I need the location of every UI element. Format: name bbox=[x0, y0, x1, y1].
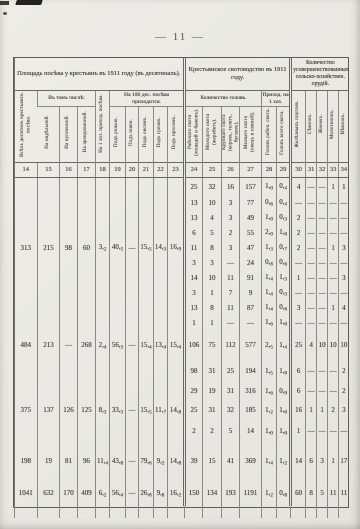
table-row: 10416321704096,256,4—26,89,816,215013419… bbox=[15, 480, 349, 506]
table-cell bbox=[139, 360, 154, 382]
table-cell: 3 bbox=[339, 400, 349, 420]
table-cell: 41 bbox=[222, 442, 240, 480]
table-cell: — bbox=[126, 480, 139, 506]
table-cell bbox=[60, 177, 78, 195]
table-cell bbox=[168, 315, 185, 330]
col-header-working-heads-per-hh: Головъ рабоч. скота. bbox=[262, 107, 277, 163]
table-cell bbox=[154, 210, 168, 225]
table-cell bbox=[139, 285, 154, 300]
col-header-seeders: Сѣялокъ. bbox=[306, 90, 317, 162]
table-cell bbox=[15, 285, 38, 300]
table-cell: 134 bbox=[203, 480, 222, 506]
table-cell: 213 bbox=[38, 330, 60, 360]
table-cell bbox=[168, 225, 185, 240]
table-cell bbox=[60, 315, 78, 330]
table-cell: 313 bbox=[15, 240, 38, 255]
table-cell: 2 bbox=[291, 240, 306, 255]
table-cell: 0,4 bbox=[277, 195, 291, 210]
table-cell: — bbox=[306, 210, 317, 225]
table-cell: 49 bbox=[240, 210, 262, 225]
table-cell bbox=[96, 255, 110, 270]
table-cell bbox=[60, 285, 78, 300]
table-cell bbox=[38, 210, 60, 225]
table-cell bbox=[78, 506, 96, 518]
table-cell: 24 bbox=[240, 255, 262, 270]
table-cell bbox=[78, 270, 96, 285]
table-cell: 1,0 bbox=[262, 210, 277, 225]
table-cell: — bbox=[328, 420, 339, 442]
table-cell: 4 bbox=[291, 177, 306, 195]
table-cell bbox=[60, 420, 78, 442]
table-cell: 3 bbox=[222, 210, 240, 225]
table-cell bbox=[110, 177, 126, 195]
table-cell: 409 bbox=[78, 480, 96, 506]
subheader-per-1-household: Приход. на 1 хоз. bbox=[262, 90, 291, 106]
table-cell bbox=[96, 285, 110, 300]
table-cell: 7 bbox=[222, 285, 240, 300]
table-cell: 1,3 bbox=[262, 240, 277, 255]
table-cell bbox=[15, 255, 38, 270]
table-cell: — bbox=[317, 420, 328, 442]
table-cell: 3 bbox=[291, 300, 306, 315]
table-cell bbox=[168, 360, 185, 382]
table-row: 31791,40,3————— bbox=[15, 285, 349, 300]
table-cell: 185 bbox=[240, 400, 262, 420]
table-cell bbox=[110, 285, 126, 300]
column-number: 34 bbox=[339, 162, 349, 177]
column-number: 15 bbox=[38, 162, 60, 177]
table-cell: 25 bbox=[185, 400, 203, 420]
table-cell bbox=[96, 420, 110, 442]
table-cell bbox=[126, 255, 139, 270]
table-cell: 9,2 bbox=[154, 442, 168, 480]
table-cell: 11 bbox=[328, 480, 339, 506]
table-cell: 3 bbox=[203, 255, 222, 270]
table-cell bbox=[96, 315, 110, 330]
col-header-label: Молодого скота (жеребятъ). bbox=[206, 108, 219, 156]
table-cell bbox=[110, 195, 126, 210]
table-cell bbox=[139, 210, 154, 225]
table-cell bbox=[126, 225, 139, 240]
table-cell: 81 bbox=[60, 442, 78, 480]
table-cell bbox=[306, 506, 317, 518]
table-row: 19819819611,443,8—79,69,214,83915413691,… bbox=[15, 442, 349, 480]
table-cell: 1,4 bbox=[277, 330, 291, 360]
table-cell: 0,6 bbox=[277, 255, 291, 270]
table-row: 2532161571,00,44——11 bbox=[15, 177, 349, 195]
table-cell bbox=[168, 420, 185, 442]
table-row: 31321598603,240,5—15,514,316,91183471,30… bbox=[15, 240, 349, 255]
table-cell: 15,4 bbox=[139, 330, 154, 360]
table-cell: — bbox=[222, 255, 240, 270]
table-cell: 268 bbox=[78, 330, 96, 360]
table-cell bbox=[110, 506, 126, 518]
column-number: 29 bbox=[277, 162, 291, 177]
table-cell: — bbox=[306, 420, 317, 442]
table-cell bbox=[168, 195, 185, 210]
table-cell bbox=[78, 210, 96, 225]
table-cell: 56,3 bbox=[110, 330, 126, 360]
table-cell bbox=[60, 195, 78, 210]
table-cell: — bbox=[339, 255, 349, 270]
table-cell bbox=[110, 225, 126, 240]
table-cell: — bbox=[126, 240, 139, 255]
table-row: 652552,01,02———— bbox=[15, 225, 349, 240]
table-cell: 6 bbox=[185, 225, 203, 240]
table-cell: 0,8 bbox=[277, 480, 291, 506]
table-cell: — bbox=[328, 382, 339, 400]
table-cell bbox=[96, 270, 110, 285]
table-cell: — bbox=[328, 270, 339, 285]
table-cell: 16 bbox=[291, 400, 306, 420]
table-cell: — bbox=[328, 255, 339, 270]
table-cell bbox=[96, 360, 110, 382]
col-header-label: Подъ пшен. bbox=[129, 119, 135, 146]
table-cell bbox=[154, 225, 168, 240]
table-cell: 9,8 bbox=[154, 480, 168, 506]
table-cell bbox=[78, 177, 96, 195]
table-cell bbox=[126, 382, 139, 400]
table-cell: — bbox=[339, 315, 349, 330]
table-cell bbox=[339, 506, 349, 518]
table-cell bbox=[15, 360, 38, 382]
table-cell bbox=[126, 300, 139, 315]
table-cell: 43,8 bbox=[110, 442, 126, 480]
table-cell: — bbox=[291, 315, 306, 330]
table-cell: 25 bbox=[185, 177, 203, 195]
col-header-oats: Подъ овсомъ. bbox=[139, 107, 154, 163]
table-cell: 1,2 bbox=[262, 400, 277, 420]
table-cell: — bbox=[328, 225, 339, 240]
table-cell: 1 bbox=[328, 177, 339, 195]
col-header-label: Подъ овсомъ. bbox=[143, 116, 149, 147]
table-cell bbox=[110, 360, 126, 382]
table-cell: — bbox=[317, 300, 328, 315]
table-cell bbox=[38, 177, 60, 195]
column-number: 27 bbox=[240, 162, 262, 177]
table-cell bbox=[126, 177, 139, 195]
table-cell bbox=[78, 420, 96, 442]
table-cell bbox=[60, 360, 78, 382]
table-cell: 150 bbox=[185, 480, 203, 506]
table-cell bbox=[60, 270, 78, 285]
table-cell: — bbox=[328, 210, 339, 225]
table-row: 141011911,41,31———3 bbox=[15, 270, 349, 285]
table-cell: — bbox=[240, 315, 262, 330]
table-cell: 157 bbox=[240, 177, 262, 195]
table-cell bbox=[154, 420, 168, 442]
col-header-wheat: Подъ пшен. bbox=[126, 107, 139, 163]
table-cell bbox=[15, 270, 38, 285]
table-cell bbox=[291, 506, 306, 518]
table-cell: 96 bbox=[78, 442, 96, 480]
table-cell: 1,4 bbox=[262, 442, 277, 480]
table-cell: — bbox=[306, 300, 317, 315]
table-cell: 14 bbox=[291, 442, 306, 480]
table-cell: 1,0 bbox=[277, 420, 291, 442]
column-number: 31 bbox=[306, 162, 317, 177]
col-header-label: Сѣялокъ. bbox=[308, 113, 314, 134]
table-cell: 4 bbox=[203, 210, 222, 225]
table-cell bbox=[126, 285, 139, 300]
table-cell: 56,4 bbox=[110, 480, 126, 506]
table-cell bbox=[126, 195, 139, 210]
col-header-label: Подъ рожью. bbox=[114, 117, 120, 147]
table-cell: 1,0 bbox=[262, 420, 277, 442]
table-cell: 1,4 bbox=[262, 285, 277, 300]
table-cell: — bbox=[306, 382, 317, 400]
table-cell: 9 bbox=[240, 285, 262, 300]
table-cell bbox=[168, 177, 185, 195]
column-number: 30 bbox=[291, 162, 306, 177]
table-cell: — bbox=[317, 195, 328, 210]
table-cell: — bbox=[306, 225, 317, 240]
table-cell bbox=[96, 382, 110, 400]
table-cell: 87 bbox=[240, 300, 262, 315]
table-cell bbox=[38, 382, 60, 400]
table-cell: 2 bbox=[339, 382, 349, 400]
scan-artifact-mark bbox=[3, 12, 7, 15]
table-cell bbox=[317, 506, 328, 518]
col-header-small-livestock: Мелкаго скота (овецъ и свиней). bbox=[240, 107, 262, 163]
table-cell: 98 bbox=[60, 240, 78, 255]
table-cell: 2 bbox=[291, 210, 306, 225]
table-cell: 10 bbox=[203, 195, 222, 210]
col-header-label: Подъ просомъ. bbox=[172, 115, 178, 149]
col-header-label: Желѣзныхъ плуговъ. bbox=[295, 100, 301, 148]
table-cell: 2 bbox=[291, 225, 306, 240]
table-row: 2919313161,60,96———2 bbox=[15, 382, 349, 400]
col-header-label: Крупнаго скота (коровъ, телятъ, бугаевъ)… bbox=[222, 108, 240, 156]
table-cell: 1 bbox=[291, 420, 306, 442]
table-cell: 577 bbox=[240, 330, 262, 360]
col-header-winnowers: Вѣялокъ. bbox=[339, 90, 349, 162]
col-header-all-heads-per-hh: Головъ всего скота. bbox=[277, 107, 291, 163]
table-cell: — bbox=[317, 315, 328, 330]
table-cell: 11,4 bbox=[96, 442, 110, 480]
col-header-working-livestock: Рабочаго скота (лошадей и быковъ). bbox=[185, 107, 203, 163]
table-cell bbox=[60, 506, 78, 518]
table-cell: 14,8 bbox=[168, 400, 185, 420]
table-cell: 3 bbox=[339, 240, 349, 255]
table-cell: — bbox=[291, 195, 306, 210]
col-header-buckwheat: Подъ гречих. bbox=[154, 107, 168, 163]
table-cell: — bbox=[317, 270, 328, 285]
table-cell bbox=[78, 195, 96, 210]
table-cell bbox=[110, 315, 126, 330]
table-cell: 6 bbox=[291, 382, 306, 400]
col-header-rye: Подъ рожью. bbox=[110, 107, 126, 163]
table-row: 11——1,61,0————— bbox=[15, 315, 349, 330]
table-cell: 29 bbox=[185, 382, 203, 400]
table-cell: 126 bbox=[60, 400, 78, 420]
table-cell: 0,8 bbox=[262, 255, 277, 270]
table-cell bbox=[38, 285, 60, 300]
table-cell bbox=[110, 255, 126, 270]
table-row: 225141,01,01———— bbox=[15, 420, 349, 442]
table-cell: 1,3 bbox=[277, 270, 291, 285]
table-cell: 25 bbox=[222, 360, 240, 382]
table-cell bbox=[277, 506, 291, 518]
table-cell: 33,3 bbox=[110, 400, 126, 420]
col-header-young-livestock: Молодого скота (жеребятъ). bbox=[203, 107, 222, 163]
table-row: 9831251941,51,06———2 bbox=[15, 360, 349, 382]
col-header-label: Вѣялокъ. bbox=[341, 113, 347, 134]
table-cell: — bbox=[60, 330, 78, 360]
table-cell bbox=[38, 420, 60, 442]
table-cell: — bbox=[291, 285, 306, 300]
table-cell: 2 bbox=[328, 400, 339, 420]
table-cell bbox=[38, 225, 60, 240]
table-cell: 0,3 bbox=[277, 210, 291, 225]
table-cell bbox=[60, 210, 78, 225]
table-cell bbox=[154, 315, 168, 330]
column-number: 32 bbox=[317, 162, 328, 177]
table-cell: 375 bbox=[15, 400, 38, 420]
table-cell: — bbox=[306, 177, 317, 195]
col-header-per-household-sown: На 1 хоз. приход. посѣва. bbox=[96, 90, 110, 162]
table-cell: 1 bbox=[306, 400, 317, 420]
table-cell bbox=[154, 255, 168, 270]
table-cell: 632 bbox=[38, 480, 60, 506]
table-cell bbox=[60, 255, 78, 270]
table-cell bbox=[126, 420, 139, 442]
table-cell: 3 bbox=[185, 285, 203, 300]
table-row: 3751371261258,333,3—15,511,714,825313218… bbox=[15, 400, 349, 420]
subheader-head-count: Количество головъ. bbox=[185, 90, 262, 106]
table-cell: — bbox=[306, 270, 317, 285]
table-cell: — bbox=[328, 195, 339, 210]
col-header-threshers: Молотилокъ. bbox=[328, 90, 339, 162]
table-cell: 16,2 bbox=[168, 480, 185, 506]
group-title-row: Площадь посѣва у крестьянъ въ 1911 году … bbox=[15, 58, 349, 90]
column-number: 21 bbox=[139, 162, 154, 177]
column-number: 14 bbox=[15, 162, 38, 177]
table-cell: 1 bbox=[339, 177, 349, 195]
table-cell bbox=[96, 210, 110, 225]
table-cell: 1 bbox=[328, 300, 339, 315]
table-cell: 10 bbox=[317, 330, 328, 360]
table-cell: 484 bbox=[15, 330, 38, 360]
table-cell: — bbox=[222, 315, 240, 330]
table-cell bbox=[126, 210, 139, 225]
table-cell: — bbox=[339, 225, 349, 240]
table-row: 13103770,60,4————— bbox=[15, 195, 349, 210]
subheader-per-100-des: На 100 дес. посѣва приходится. bbox=[110, 90, 185, 106]
table-cell: 98 bbox=[185, 360, 203, 382]
table-cell bbox=[96, 195, 110, 210]
table-cell: 1,2 bbox=[277, 442, 291, 480]
table-cell: 32 bbox=[203, 177, 222, 195]
table-cell bbox=[110, 300, 126, 315]
table-cell: — bbox=[317, 255, 328, 270]
table-cell bbox=[168, 300, 185, 315]
col-header-label: Молотилокъ. bbox=[330, 109, 336, 139]
table-cell bbox=[38, 255, 60, 270]
table-row: 13811871,40,63——14 bbox=[15, 300, 349, 315]
table-cell bbox=[110, 270, 126, 285]
table-cell bbox=[154, 270, 168, 285]
table-cell: — bbox=[328, 360, 339, 382]
table-cell: 14,3 bbox=[154, 240, 168, 255]
table-cell: 125 bbox=[78, 400, 96, 420]
table-cell: 3 bbox=[339, 270, 349, 285]
table-cell: 1,0 bbox=[277, 400, 291, 420]
table-cell: 60 bbox=[291, 480, 306, 506]
column-number: 24 bbox=[185, 162, 203, 177]
table-cell: 5 bbox=[317, 480, 328, 506]
table-cell: 2 bbox=[185, 420, 203, 442]
table-cell bbox=[154, 300, 168, 315]
table-cell: — bbox=[339, 420, 349, 442]
table-cell: 1041 bbox=[15, 480, 38, 506]
table-cell: 25 bbox=[291, 330, 306, 360]
table-cell bbox=[154, 177, 168, 195]
table-cell: — bbox=[328, 315, 339, 330]
table-cell: 15,5 bbox=[139, 400, 154, 420]
table-cell bbox=[139, 195, 154, 210]
table-cell bbox=[126, 270, 139, 285]
col-header-label: На арендованной. bbox=[83, 111, 89, 152]
table-cell bbox=[15, 210, 38, 225]
table-cell bbox=[78, 285, 96, 300]
table-cell bbox=[15, 420, 38, 442]
table-cell: 40,5 bbox=[110, 240, 126, 255]
table-cell bbox=[139, 270, 154, 285]
table-cell: — bbox=[339, 285, 349, 300]
column-number: 16 bbox=[60, 162, 78, 177]
table-cell: — bbox=[317, 360, 328, 382]
group-title-livestock: Крестьянское скотоводство въ 1911 году. bbox=[185, 58, 291, 90]
table-cell: 1 bbox=[328, 240, 339, 255]
table-cell: 3 bbox=[222, 240, 240, 255]
table-cell: 1191 bbox=[240, 480, 262, 506]
table-cell bbox=[38, 506, 60, 518]
table-cell: 198 bbox=[15, 442, 38, 480]
table-cell: 13 bbox=[185, 195, 203, 210]
table-cell: 2 bbox=[203, 420, 222, 442]
col-header-allotment-land: На надѣльной. bbox=[38, 107, 60, 163]
subheader-row: Всѣхъ десятинъ крестьянск. посѣва. Въ то… bbox=[15, 90, 349, 106]
table-cell bbox=[240, 506, 262, 518]
table-cell: — bbox=[126, 400, 139, 420]
table-cell: 14 bbox=[185, 270, 203, 285]
table-cell: 75 bbox=[203, 330, 222, 360]
table-cell: 194 bbox=[240, 360, 262, 382]
statistics-table: Площадь посѣва у крестьянъ въ 1911 году … bbox=[13, 57, 349, 508]
table-cell: 0,4 bbox=[277, 177, 291, 195]
table-body: 2532161571,00,44——1113103770,60,4—————13… bbox=[15, 177, 349, 518]
table-cell: 31 bbox=[222, 382, 240, 400]
column-number: 33 bbox=[328, 162, 339, 177]
page-number: — 11 — bbox=[0, 31, 360, 43]
table-cell: 3,2 bbox=[96, 240, 110, 255]
column-number: 26 bbox=[222, 162, 240, 177]
table-cell: 26,8 bbox=[139, 480, 154, 506]
table-cell: 60 bbox=[78, 240, 96, 255]
table-cell: 1,6 bbox=[262, 382, 277, 400]
table-cell: 2,0 bbox=[262, 225, 277, 240]
table-cell: 1,4 bbox=[262, 270, 277, 285]
col-header-label: На надѣльной. bbox=[45, 115, 51, 149]
table-row: 484213—2682,456,3—15,413,415,41067511257… bbox=[15, 330, 349, 360]
table-cell: 10 bbox=[328, 330, 339, 360]
col-header-label: Головъ всего скота. bbox=[280, 110, 286, 155]
table-cell: 13,4 bbox=[154, 330, 168, 360]
table-cell bbox=[60, 225, 78, 240]
table-cell bbox=[139, 506, 154, 518]
subheader-including: Въ томъ числѣ: bbox=[38, 90, 96, 106]
